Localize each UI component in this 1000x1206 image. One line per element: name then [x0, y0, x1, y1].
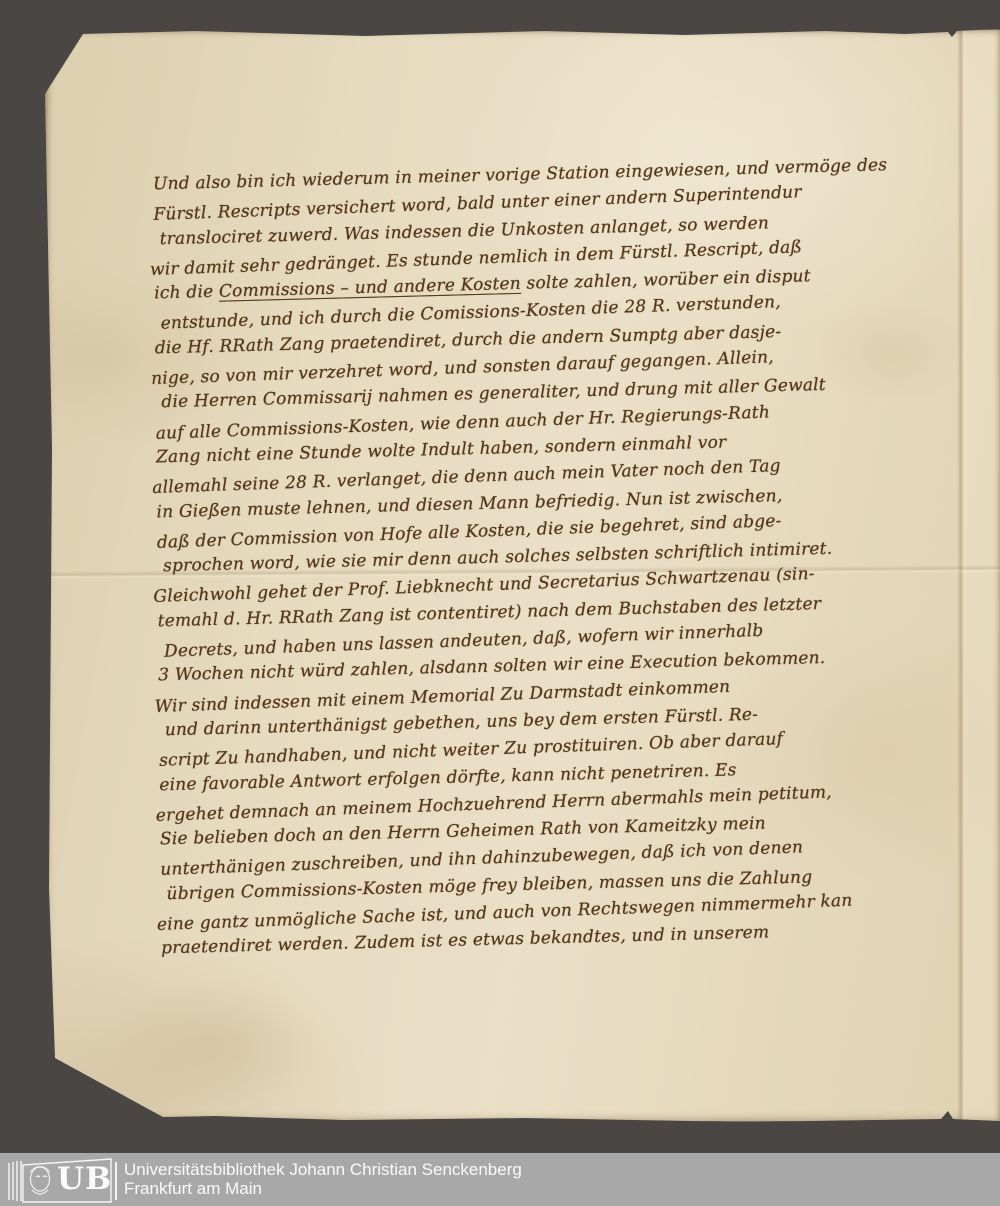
logo-separator	[115, 1162, 117, 1200]
scan-viewport: Und also bin ich wiederum in meiner vori…	[0, 0, 1000, 1206]
paper-stain	[105, 978, 325, 1108]
ub-logo: UB	[7, 1156, 119, 1203]
manuscript-text: Und also bin ich wiederum in meiner vori…	[153, 157, 956, 957]
library-name: Universitätsbibliothek Johann Christian …	[124, 1160, 522, 1179]
adjacent-page-edge	[966, 28, 1000, 1124]
library-location: Frankfurt am Main	[124, 1179, 522, 1198]
footer-bar: UB Universitätsbibliothek Johann Christi…	[0, 1153, 1000, 1206]
ub-logo-text: UB	[57, 1161, 112, 1197]
manuscript-page: Und also bin ich wiederum in meiner vori…	[45, 28, 1000, 1124]
